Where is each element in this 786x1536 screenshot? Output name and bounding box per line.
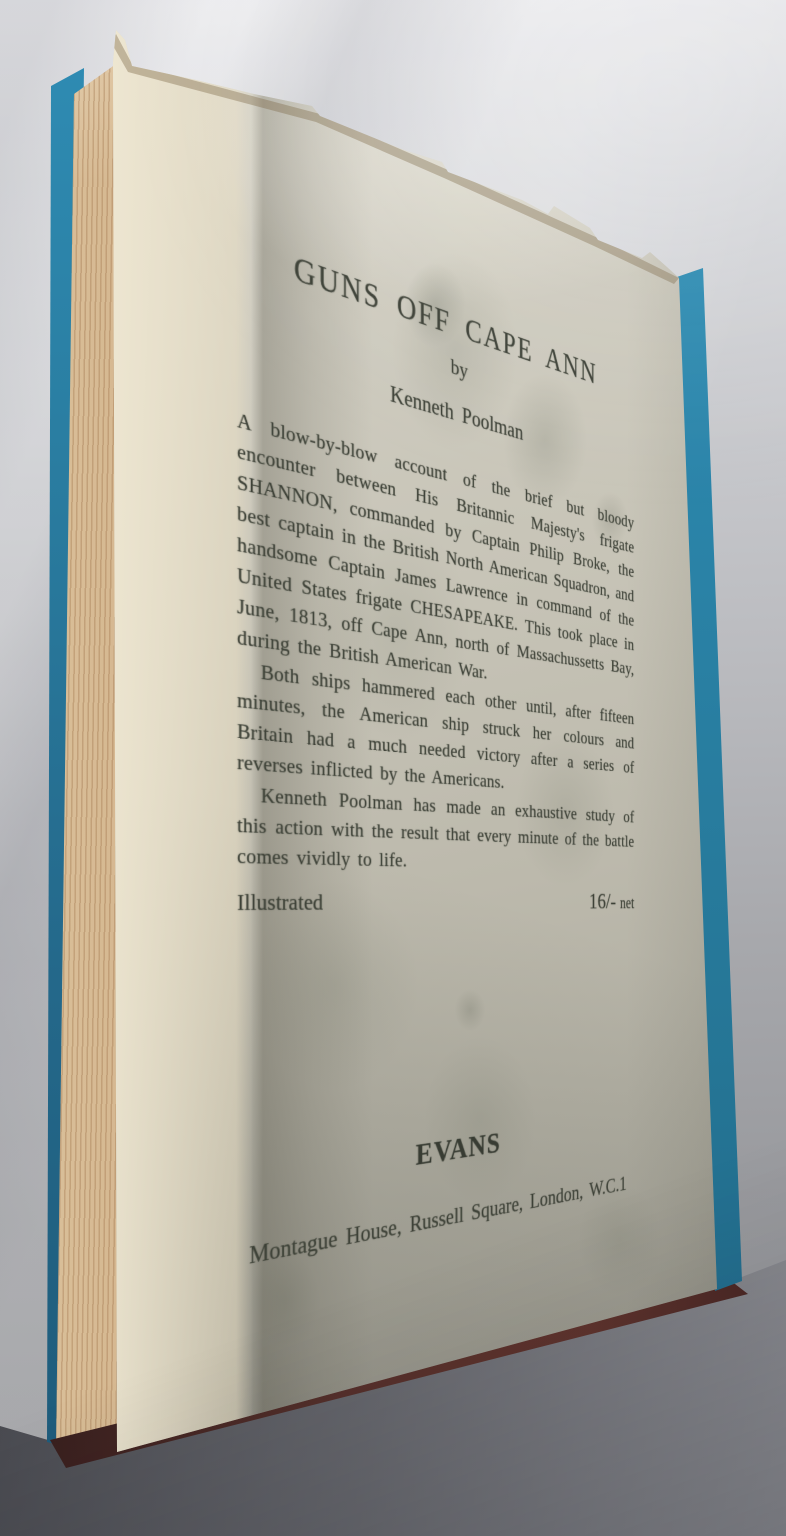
price-group: 16/-net bbox=[589, 889, 634, 914]
price-unit: net bbox=[620, 895, 634, 912]
jacket-blurb-panel: GUNS OFF CAPE ANN by Kenneth Poolman A b… bbox=[237, 232, 634, 1312]
price: 16/- bbox=[589, 889, 616, 914]
book-photo: GUNS OFF CAPE ANN by Kenneth Poolman A b… bbox=[0, 0, 786, 1536]
illustrated-price-row: Illustrated 16/-net bbox=[237, 886, 634, 919]
illustrated-label: Illustrated bbox=[237, 888, 323, 919]
